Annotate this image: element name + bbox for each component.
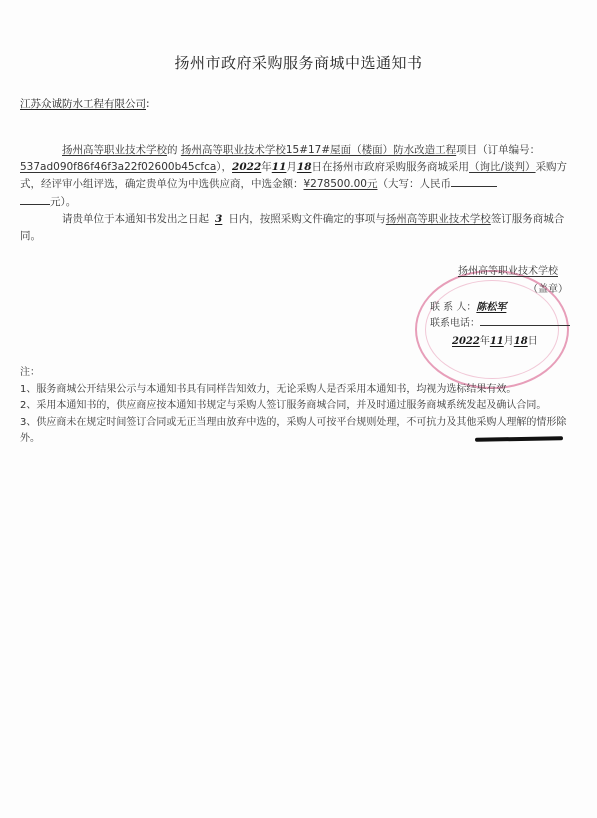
- document-title: 扬州市政府采购服务商城中选通知书: [0, 52, 597, 73]
- instruction-paragraph: 请贵单位于本通知书发出之日起3日内，按照采购文件确定的事项与扬州高等职业技术学校…: [20, 211, 580, 244]
- capital-amount-blank-2: [20, 193, 50, 205]
- project-name: 扬州高等职业技术学校15#17#屋面（楼面）防水改造工程: [181, 144, 456, 156]
- addressee-name: 江苏众诚防水工程有限公司: [20, 98, 146, 110]
- phone-row: 联系电话：: [430, 314, 570, 329]
- addressee: 江苏众诚防水工程有限公司:: [20, 96, 150, 111]
- note-item: 2、采用本通知书的，供应商应按本通知书规定与采购人签订服务商城合同，并及时通过服…: [20, 398, 580, 415]
- handwritten-year: 2022: [232, 161, 261, 173]
- handwritten-year: 2022: [452, 336, 480, 347]
- handwritten-contact-signature: 陈松军: [476, 298, 561, 313]
- handwritten-day: 18: [514, 336, 528, 347]
- handwritten-month: 11: [490, 336, 504, 347]
- signature-date: 2022年11月18日: [452, 332, 538, 347]
- handwritten-day: 18: [297, 161, 312, 173]
- award-paragraph: 扬州高等职业技术学校的 扬州高等职业技术学校15#17#屋面（楼面）防水改造工程…: [20, 142, 580, 210]
- capital-amount-blank: [451, 175, 497, 187]
- phone-label: 联系电话：: [430, 318, 480, 329]
- notes-section: 注： 1、服务商城公开结果公示与本通知书具有同样告知效力，无论采购人是否采用本通…: [20, 365, 580, 448]
- text-fragment: 年: [261, 161, 272, 173]
- phone-value: [480, 314, 570, 326]
- purchaser-name: 扬州高等职业技术学校: [62, 144, 167, 156]
- purchaser-name-2: 扬州高等职业技术学校: [386, 213, 491, 225]
- seal-label: （盖章）: [528, 280, 568, 295]
- notes-heading: 注：: [20, 365, 580, 382]
- signing-organization: 扬州高等职业技术学校: [458, 262, 558, 277]
- contact-label: 联 系 人：: [430, 302, 476, 313]
- text-fragment: 日内，按照采购文件确定的事项与: [228, 213, 386, 225]
- text-fragment: 月: [504, 336, 514, 347]
- text-fragment: 的: [167, 144, 178, 156]
- text-fragment: 日在扬州市政府采购服务商城采用: [312, 161, 470, 173]
- note-item: 1、服务商城公开结果公示与本通知书具有同样告知效力，无论采购人是否采用本通知书，…: [20, 382, 580, 399]
- award-amount: ¥278500.00元: [304, 178, 378, 190]
- text-fragment: 月: [286, 161, 297, 173]
- contact-row: 联 系 人：陈松军: [430, 298, 561, 313]
- order-number: 537ad090f86f46f3a22f02600b45cfca: [20, 161, 216, 173]
- procurement-method: （询比/谈判）: [469, 161, 536, 173]
- notification-document: 扬州市政府采购服务商城中选通知书 江苏众诚防水工程有限公司: 扬州高等职业技术学…: [0, 0, 597, 818]
- text-fragment: 年: [480, 336, 490, 347]
- text-fragment: 项目（订单编号：: [456, 144, 540, 156]
- text-fragment: ），: [216, 161, 232, 173]
- text-fragment: （大写：人民币: [377, 178, 451, 190]
- handwritten-days: 3: [209, 213, 228, 225]
- text-fragment: 元）。: [50, 196, 76, 208]
- text-fragment: 请贵单位于本通知书发出之日起: [62, 213, 209, 225]
- text-fragment: 日: [528, 336, 538, 347]
- addressee-colon: :: [146, 98, 150, 110]
- handwritten-month: 11: [272, 161, 287, 173]
- note-item: 3、供应商未在规定时间签订合同或无正当理由放弃中选的，采购人可按平台规则处理，不…: [20, 415, 580, 448]
